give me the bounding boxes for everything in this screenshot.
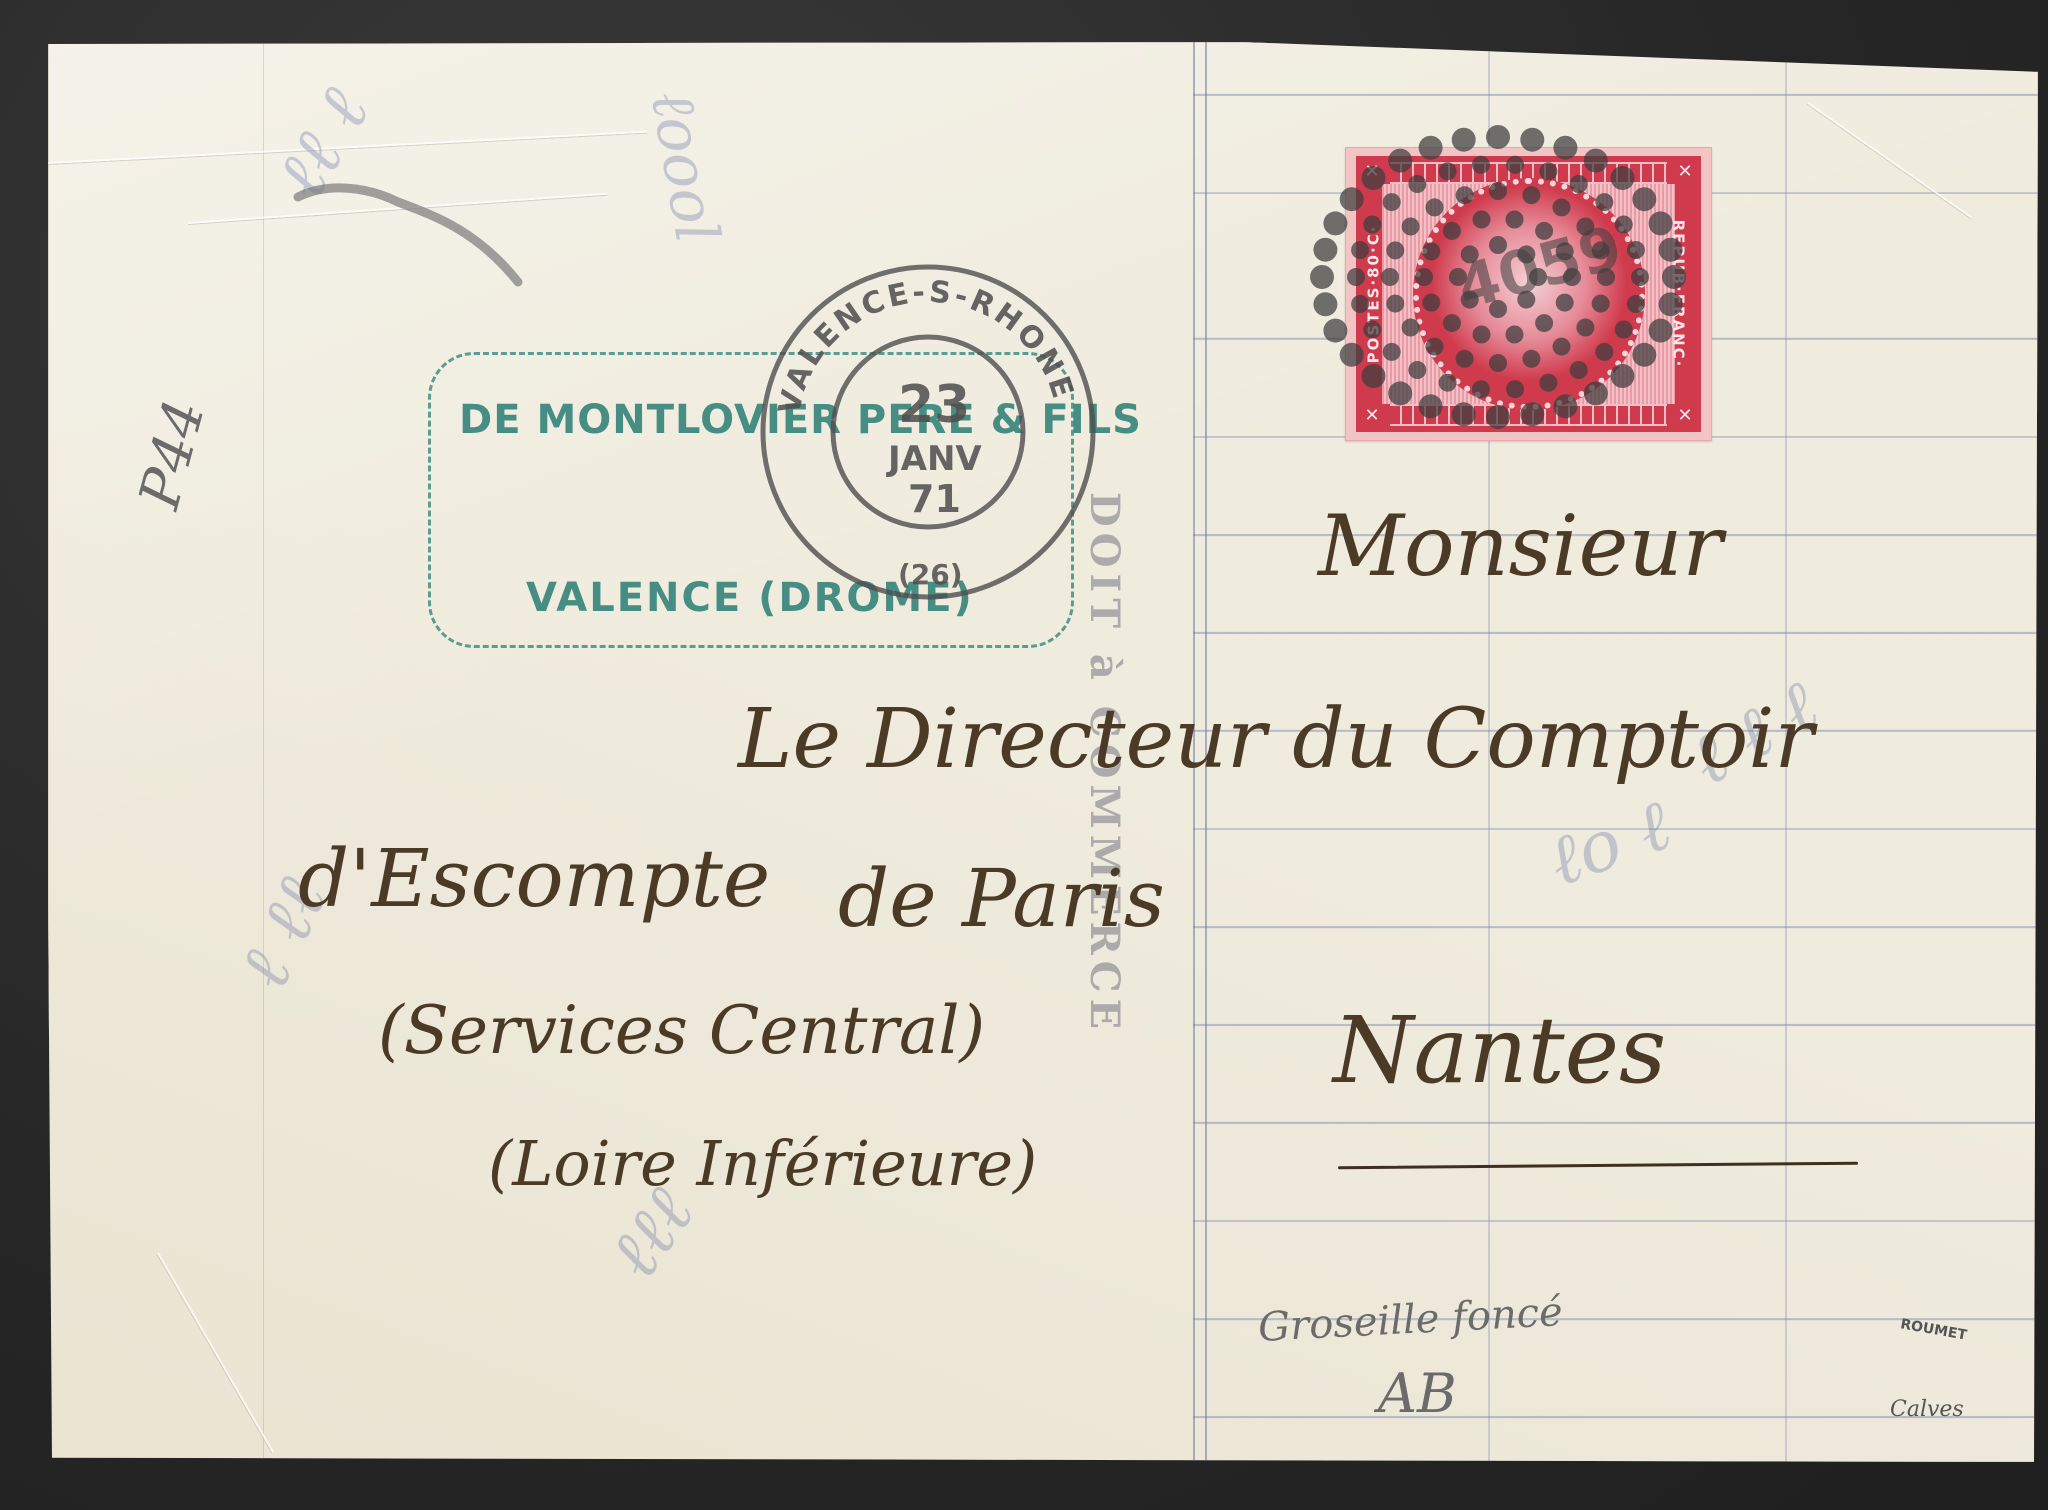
ink-smudge — [288, 162, 568, 322]
address-salutation: Monsieur — [1318, 497, 1723, 595]
expert-signature-calves: Calves — [1890, 1397, 1964, 1422]
pencil-note-p44: P44 — [127, 393, 218, 515]
lozenge-cancel: 4059 — [1288, 112, 1708, 442]
datestamp-month: JANV — [886, 439, 982, 479]
address-line-3-left: (Services Central) — [378, 992, 985, 1069]
address-line-2-left: d'Escompte — [298, 832, 770, 925]
faint-margin-rule — [263, 42, 264, 1462]
address-line-3-right: Nantes — [1333, 997, 1666, 1104]
paper-crease — [157, 1253, 274, 1453]
datestamp-year: 71 — [908, 477, 961, 521]
address-line-2-right: de Paris — [838, 852, 1165, 945]
circular-datestamp: VALENCE-S-RHONE 23 JANV 71 (26) — [738, 232, 1118, 612]
bleed-through-writing: ℓoool — [637, 86, 732, 248]
letter-sheet: ℓℓ ℓ ℓoool ℓ ℓ ℓ ℓo ℓ ℓ ℓℓ ℓℓℓ DE MONTLO… — [48, 42, 2038, 1462]
datestamp-office-number: (26) — [898, 558, 963, 591]
address-line-1: Le Directeur du Comptoir — [738, 692, 1814, 787]
pencil-initials: AB — [1378, 1362, 1457, 1425]
address-line-4-left: (Loire Inférieure) — [488, 1127, 1037, 1200]
datestamp-day: 23 — [898, 375, 970, 435]
